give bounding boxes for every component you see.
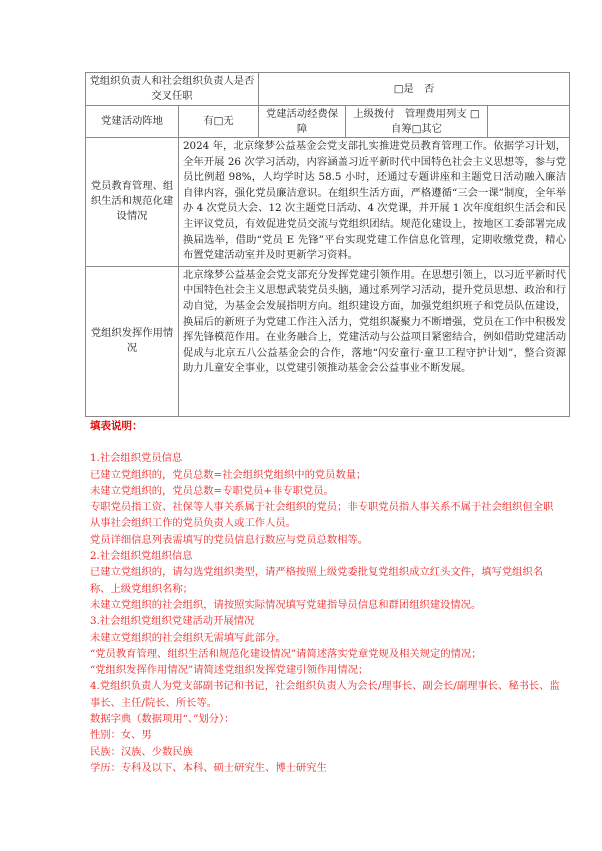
instruction-line: 党员详细信息列表需填写的党员信息行数应与党员总数相等。 [90, 532, 560, 548]
instruction-line: “党组织发挥作用情况”请简述党组织发挥党建引领作用情况； [90, 662, 560, 678]
cross-appointment-label: 党组织负责人和社会组织负责人是否交叉任职 [86, 73, 259, 106]
table-row: 党建活动阵地 有□无 党建活动经费保障 上级拨付 管理费用列支 □自筹□其它 [86, 106, 570, 138]
education-management-text[interactable]: 2024 年，北京缘梦公益基金会党支部扎实推进党员教育管理工作。依据学习计划，全… [179, 138, 570, 267]
instruction-line: 4.党组织负责人为党支部副书记和书记，社会组织负责人为会长/理事长、副会长/副理… [90, 678, 560, 711]
party-activity-table: 党组织负责人和社会组织负责人是否交叉任职 □是 否 党建活动阵地 有□无 党建活… [85, 72, 570, 417]
table-row: 党组织负责人和社会组织负责人是否交叉任职 □是 否 [86, 73, 570, 106]
instruction-line: 学历：专科及以下、本科、硕士研究生、博士研究生 [90, 760, 560, 776]
instruction-line: “党员教育管理、组织生活和规范化建设情况”请简述落实党章党规及相关规定的情况； [90, 646, 560, 662]
instruction-line: 已建立党组织的，党员总数=社会组织党组织中的党员数量； [90, 467, 560, 483]
education-management-label: 党员教育管理、组织生活和规范化建设情况 [86, 138, 179, 267]
instruction-line: 未建立党组织的社会组织，请按照实际情况填写党建指导员信息和群团组织建设情况。 [90, 597, 560, 613]
instruction-line: 未建立党组织的社会组织无需填写此部分。 [90, 630, 560, 646]
instruction-line: 未建立党组织的，党员总数=专职党员+非专职党员。 [90, 483, 560, 499]
table-row: 党员教育管理、组织生活和规范化建设情况 2024 年，北京缘梦公益基金会党支部扎… [86, 138, 570, 267]
instruction-line: 3.社会组织党组织党建活动开展情况 [90, 613, 560, 629]
instruction-line: 已建立党组织的，请勾选党组织类型，请严格按照上级党委批复党组织成立红头文件，填写… [90, 564, 560, 597]
funding-checkbox[interactable]: 上级拨付 管理费用列支 □自筹□其它 [346, 106, 488, 138]
instruction-line: 2.社会组织党组织信息 [90, 548, 560, 564]
instruction-line: 数据字典（数据项用“、”划分）： [90, 711, 560, 727]
filling-instructions: 填表说明： 1.社会组织党员信息 已建立党组织的，党员总数=社会组织党组织中的党… [90, 418, 560, 776]
instruction-line: 专职党员指工资、社保等人事关系属于社会组织的党员；非专职党员指人事关系不属于社会… [90, 499, 560, 532]
activity-venue-label: 党建活动阵地 [86, 106, 179, 138]
table-row: 党组织发挥作用情况 北京缘梦公益基金会党支部充分发挥党建引领作用。在思想引领上，… [86, 266, 570, 416]
funding-label: 党建活动经费保障 [259, 106, 346, 138]
party-role-label: 党组织发挥作用情况 [86, 266, 179, 416]
instructions-title: 填表说明： [90, 418, 560, 434]
instruction-line: 性别：女、男 [90, 727, 560, 743]
activity-venue-checkbox[interactable]: 有□无 [179, 106, 259, 138]
instruction-line: 民族：汉族、少数民族 [90, 744, 560, 760]
funding-extra-cell[interactable] [488, 106, 570, 138]
instruction-line: 1.社会组织党员信息 [90, 450, 560, 466]
cross-appointment-checkbox[interactable]: □是 否 [259, 73, 570, 106]
party-role-text[interactable]: 北京缘梦公益基金会党支部充分发挥党建引领作用。在思想引领上，以习近平新时代中国特… [179, 266, 570, 416]
